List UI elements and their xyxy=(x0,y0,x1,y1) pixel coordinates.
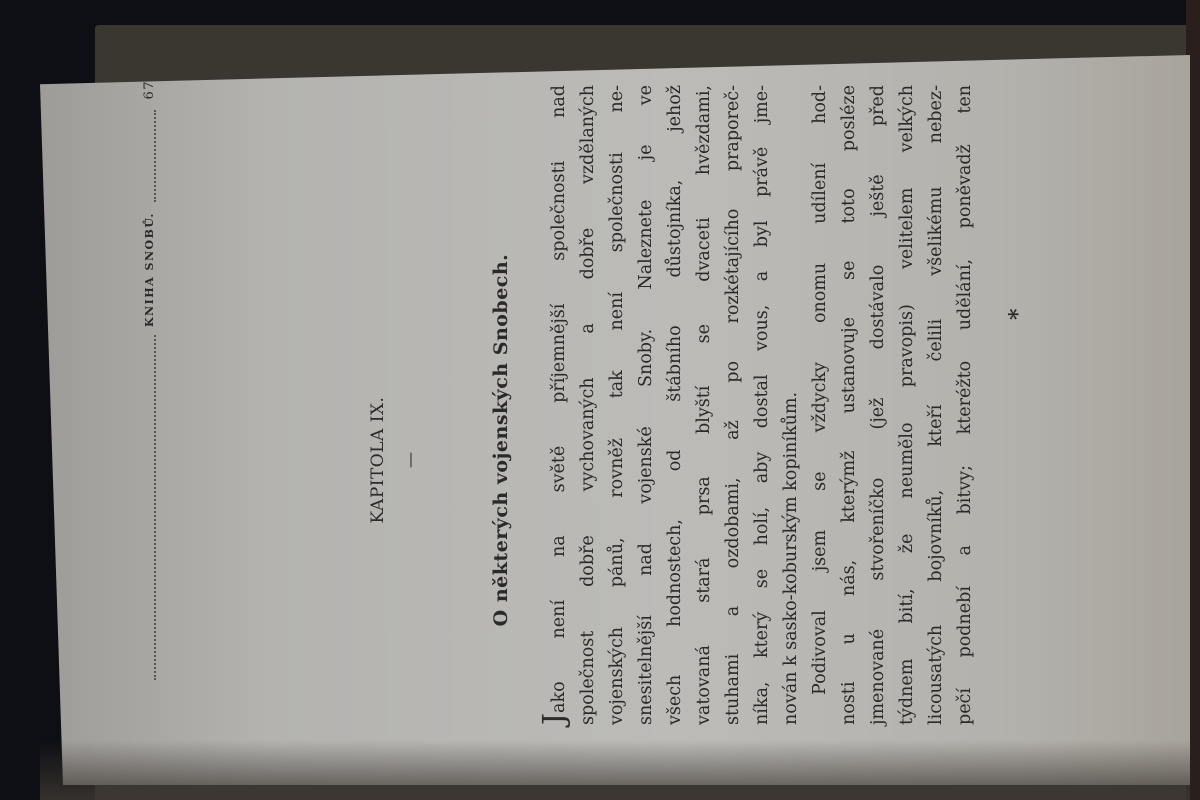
running-head-title: KNIHA SNOBŮ. xyxy=(143,212,156,327)
signature-mark: * xyxy=(1005,308,1031,320)
text-line: týdnem bití, že neumělo pravopis) velite… xyxy=(893,85,922,725)
text-line: všech hodnostech, od štábního důstojníka… xyxy=(661,85,690,725)
chapter-label: KAPITOLA IX. xyxy=(368,0,388,800)
chapter-title-text: O některých vojenských Snobech. xyxy=(490,254,512,627)
chapter-dash-text: — xyxy=(400,452,419,468)
text-line: nosti u nás, kterýmž ustanovuje se toto … xyxy=(835,85,864,725)
paragraph-1: Jako není na světě příjemnější společnos… xyxy=(545,85,806,725)
text-line: stuhami a ozdobami, až po rozkétajícího … xyxy=(719,85,748,725)
text-line: Podivoval jsem se vždycky onomu udílení … xyxy=(806,85,835,725)
text-line: licousatých bojovníků, kteří čelili všel… xyxy=(922,85,951,725)
text-line: vojenských pánů, rovněž tak není společn… xyxy=(603,85,632,725)
chapter-title: O některých vojenských Snobech. xyxy=(490,0,512,800)
chapter-dash: — xyxy=(400,0,419,800)
body-text: Jako není na světě příjemnější společnos… xyxy=(545,85,980,725)
dotted-rule-right xyxy=(154,110,156,203)
text-line: Jako není na světě příjemnější společnos… xyxy=(545,85,574,725)
dotted-rule-left xyxy=(154,335,156,680)
page-number: 67 xyxy=(142,80,157,100)
chapter-label-text: KAPITOLA IX. xyxy=(368,397,388,524)
text-line: pečí podnebí a bitvy; kteréžto udělání, … xyxy=(951,85,980,725)
paragraph-2: Podivoval jsem se vždycky onomu udílení … xyxy=(806,85,980,725)
running-head: KNIHA SNOBŮ. 67 xyxy=(138,80,160,680)
text-line: nován k sasko-koburským kopiníkům. xyxy=(777,85,806,725)
text-line: společnost dobře vychovaných a dobře vzd… xyxy=(574,85,603,725)
rotated-page-content: KNIHA SNOBŮ. 67 KAPITOLA IX. — O některý… xyxy=(0,0,1200,800)
text-line: snesitelnější nad vojenské Snoby. Nalezn… xyxy=(632,85,661,725)
text-line: níka, který se holí, aby dostal vous, a … xyxy=(748,85,777,725)
text-line: vatovaná stará prsa blyští se dvaceti hv… xyxy=(690,85,719,725)
drop-cap: J xyxy=(537,713,572,725)
text-line: jmenované stvořeníčko (jež dostávalo ješ… xyxy=(864,85,893,725)
